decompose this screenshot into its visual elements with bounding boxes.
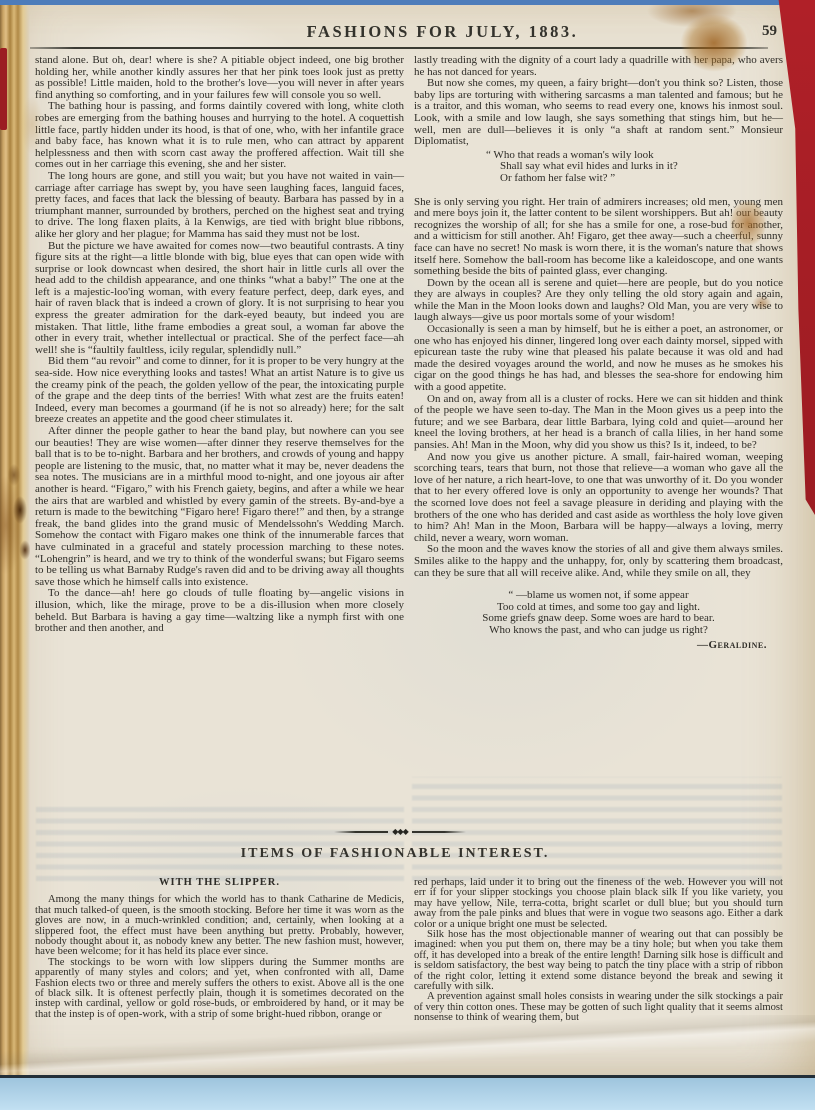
paragraph: But the picture we have awaited for come… (35, 241, 404, 357)
paragraph: After dinner the people gather to hear t… (35, 426, 404, 588)
paragraph: A prevention against small holes consist… (414, 992, 783, 1023)
article-right-top: lastly treading with the dignity of a co… (414, 55, 783, 148)
section-title: ITEMS OF FASHIONABLE INTEREST. (0, 846, 790, 862)
section2-right-column: red perhaps, laid under it to bring out … (414, 878, 783, 1076)
book-binding-edge (0, 5, 30, 1075)
poem-quote-2: “ —blame us women not, if some appearToo… (414, 590, 783, 636)
paragraph: Bid them “au revoir” and come to dinner,… (35, 356, 404, 426)
book-cover-red-sliver-left (0, 48, 7, 130)
paragraph: The stockings to be worn with low slippe… (35, 958, 404, 1020)
paragraph: Silk hose has the most objectionable man… (414, 930, 783, 992)
article-left-column: stand alone. But oh, dear! where is she?… (35, 55, 404, 651)
paragraph: But now she comes, my queen, a fairy bri… (414, 78, 783, 148)
paragraph: The long hours are gone, and still you w… (35, 171, 404, 241)
bleed-through-ghost-text-left (36, 805, 404, 881)
paragraph: And now you give us another picture. A s… (414, 452, 783, 545)
paragraph: Down by the ocean all is serene and quie… (414, 278, 783, 324)
paragraph: To the dance—ah! here go clouds of tulle… (35, 588, 404, 634)
paragraph: lastly treading with the dignity of a co… (414, 55, 783, 78)
header-rule (30, 47, 768, 49)
divider-line-right (412, 831, 466, 833)
page-number: 59 (762, 23, 777, 40)
article-right-column: lastly treading with the dignity of a co… (414, 55, 783, 651)
divider-line-left (334, 831, 388, 833)
paragraph: Occasionally is seen a man by himself, b… (414, 324, 783, 394)
paragraph: So the moon and the waves know the stori… (414, 544, 783, 579)
article-columns: stand alone. But oh, dear! where is she?… (35, 55, 783, 651)
divider-diamond-ornament: ◆◆◆ (392, 828, 407, 836)
paragraph: red perhaps, laid under it to bring out … (414, 878, 783, 930)
poem-quote-1: “ Who that reads a woman's wily lookShal… (486, 150, 783, 185)
article-right-mid: She is only serving you right. Her train… (414, 197, 783, 580)
magazine-page: FASHIONS FOR JULY, 1883. 59 stand alone.… (0, 5, 815, 1078)
paragraph: The bathing hour is passing, and forms d… (35, 101, 404, 171)
section2-columns: WITH THE SLIPPER. Among the many things … (35, 878, 783, 1076)
poem-line: “ —blame us women not, if some appear (414, 590, 783, 602)
page-header-title: FASHIONS FOR JULY, 1883. (70, 22, 815, 42)
section-divider-ornament: ◆◆◆ (0, 828, 800, 836)
author-signature: —Geraldine. (414, 640, 783, 652)
subsection-title: WITH THE SLIPPER. (35, 878, 404, 888)
paragraph: Among the many things for which the worl… (35, 895, 404, 957)
scanned-page: FASHIONS FOR JULY, 1883. 59 stand alone.… (0, 0, 815, 1110)
paragraph: stand alone. But oh, dear! where is she?… (35, 55, 404, 101)
poem-line: Or fathom her false wit? ” (486, 173, 783, 185)
section2-left-column: WITH THE SLIPPER. Among the many things … (35, 878, 404, 1076)
paragraph: She is only serving you right. Her train… (414, 197, 783, 278)
paragraph: On and on, away from all is a cluster of… (414, 394, 783, 452)
poem-line: Who knows the past, and who can judge us… (414, 625, 783, 637)
scanner-background-bottom (0, 1076, 815, 1110)
section2-left-paragraphs: Among the many things for which the worl… (35, 895, 404, 1020)
